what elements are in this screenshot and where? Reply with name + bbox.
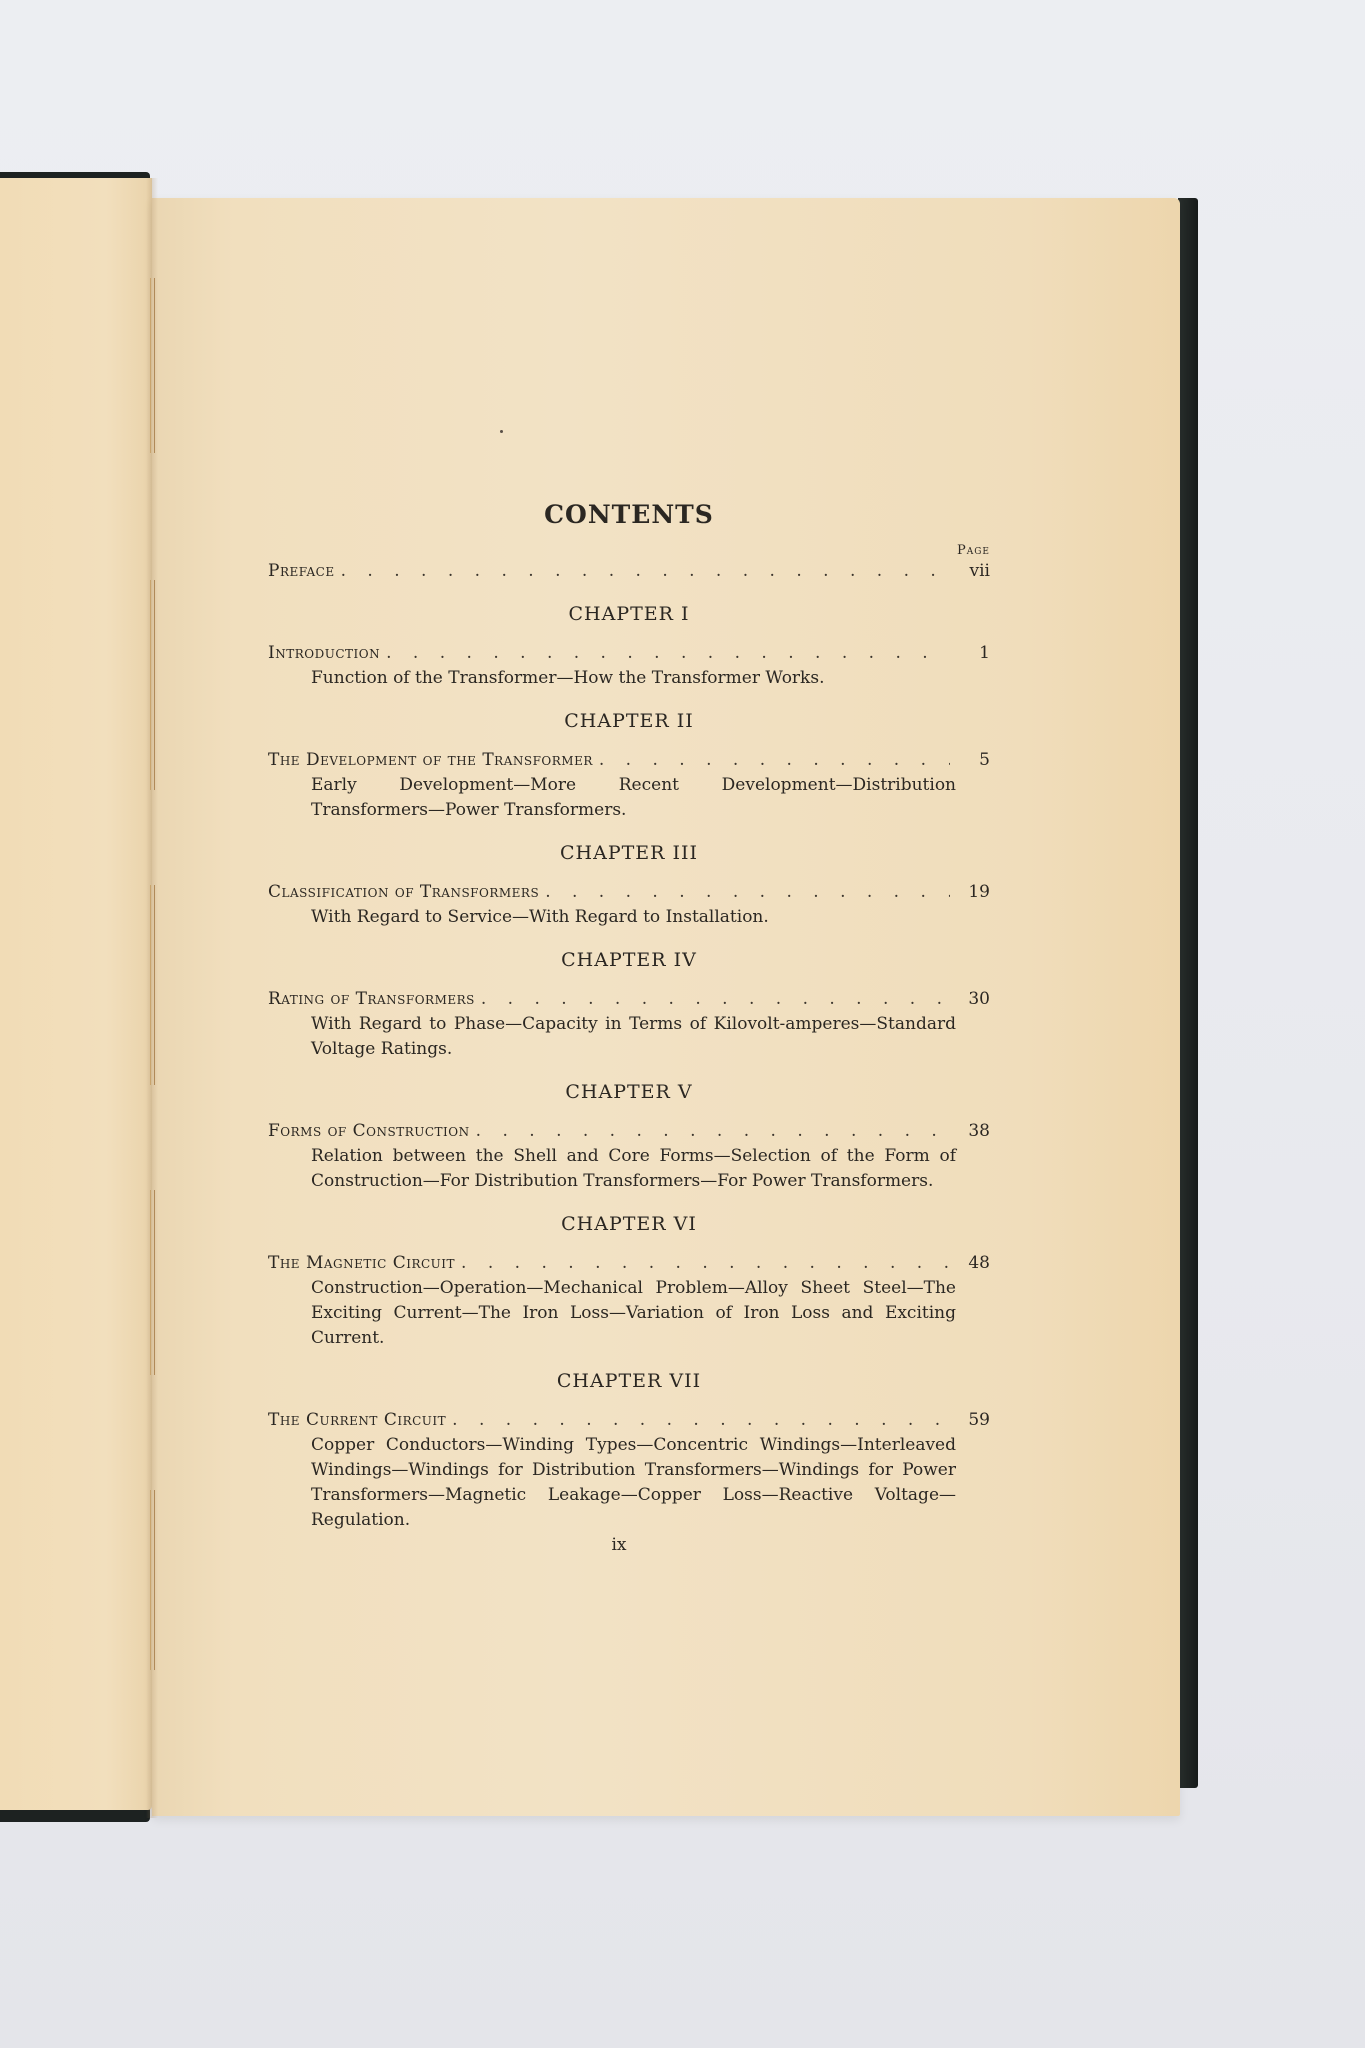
table-of-contents: CONTENTS Page Preface vii CHAPTER I Intr… [268,490,990,1555]
entry-page-number: 59 [956,1408,990,1433]
page-column-label: Page [268,543,990,559]
toc-entry: Introduction 1 [268,641,990,666]
toc-entry: The Current Circuit 59 [268,1408,990,1433]
entry-page-number: 30 [956,987,990,1012]
entry-title: The Magnetic Circuit [268,1251,455,1276]
entry-title: Introduction [268,641,380,666]
entry-page-number: 19 [956,880,990,905]
binding-thread [150,1190,155,1375]
binding-thread [150,885,155,1085]
left-page [0,178,152,1810]
entry-description: With Regard to Phase—Capacity in Terms o… [268,1012,990,1062]
entry-description: Relation between the Shell and Core Form… [268,1144,990,1194]
toc-entry: Classification of Transformers 19 [268,880,990,905]
entry-description: With Regard to Service—With Regard to In… [268,905,990,930]
toc-entry: The Magnetic Circuit 48 [268,1251,990,1276]
chapter-heading: CHAPTER V [268,1080,990,1105]
dot-leader [461,1251,950,1276]
paper-speck [500,430,503,433]
entry-page-number: 1 [956,641,990,666]
chapter-heading: CHAPTER I [268,602,990,627]
entry-description: Construction—Operation—Mechanical Proble… [268,1276,990,1351]
entry-page-number: 48 [956,1251,990,1276]
dot-leader [341,559,950,584]
binding-thread [150,278,155,453]
toc-entry: The Development of the Transformer 5 [268,748,990,773]
contents-heading: CONTENTS [268,500,990,529]
entry-title: The Current Circuit [268,1408,446,1433]
toc-entry-preface: Preface vii [268,559,990,584]
entry-description: Early Development—More Recent Developmen… [268,773,990,823]
entry-page-number: 5 [956,748,990,773]
entry-title: The Development of the Transformer [268,748,593,773]
entry-title: Rating of Transformers [268,987,475,1012]
toc-entry: Forms of Construction 38 [268,1119,990,1144]
book-cover-right-edge [1178,198,1198,1788]
entry-page-number: vii [956,559,990,584]
entry-page-number: 38 [956,1119,990,1144]
binding-thread [150,1490,155,1670]
chapter-heading: CHAPTER III [268,841,990,866]
dot-leader [599,748,950,773]
dot-leader [386,641,950,666]
entry-title: Forms of Construction [268,1119,470,1144]
binding-thread [150,580,155,790]
entry-title: Preface [268,559,335,584]
chapter-heading: CHAPTER II [268,709,990,734]
dot-leader [452,1408,950,1433]
chapter-heading: CHAPTER VI [268,1212,990,1237]
entry-description: Function of the Transformer—How the Tran… [268,666,990,691]
page-folio: ix [268,1535,990,1555]
dot-leader [481,987,950,1012]
toc-entry: Rating of Transformers 30 [268,987,990,1012]
dot-leader [476,1119,950,1144]
entry-description: Copper Conductors—Winding Types—Concentr… [268,1433,990,1533]
dot-leader [545,880,950,905]
chapter-heading: CHAPTER VII [268,1369,990,1394]
entry-title: Classification of Transformers [268,880,539,905]
chapter-heading: CHAPTER IV [268,948,990,973]
